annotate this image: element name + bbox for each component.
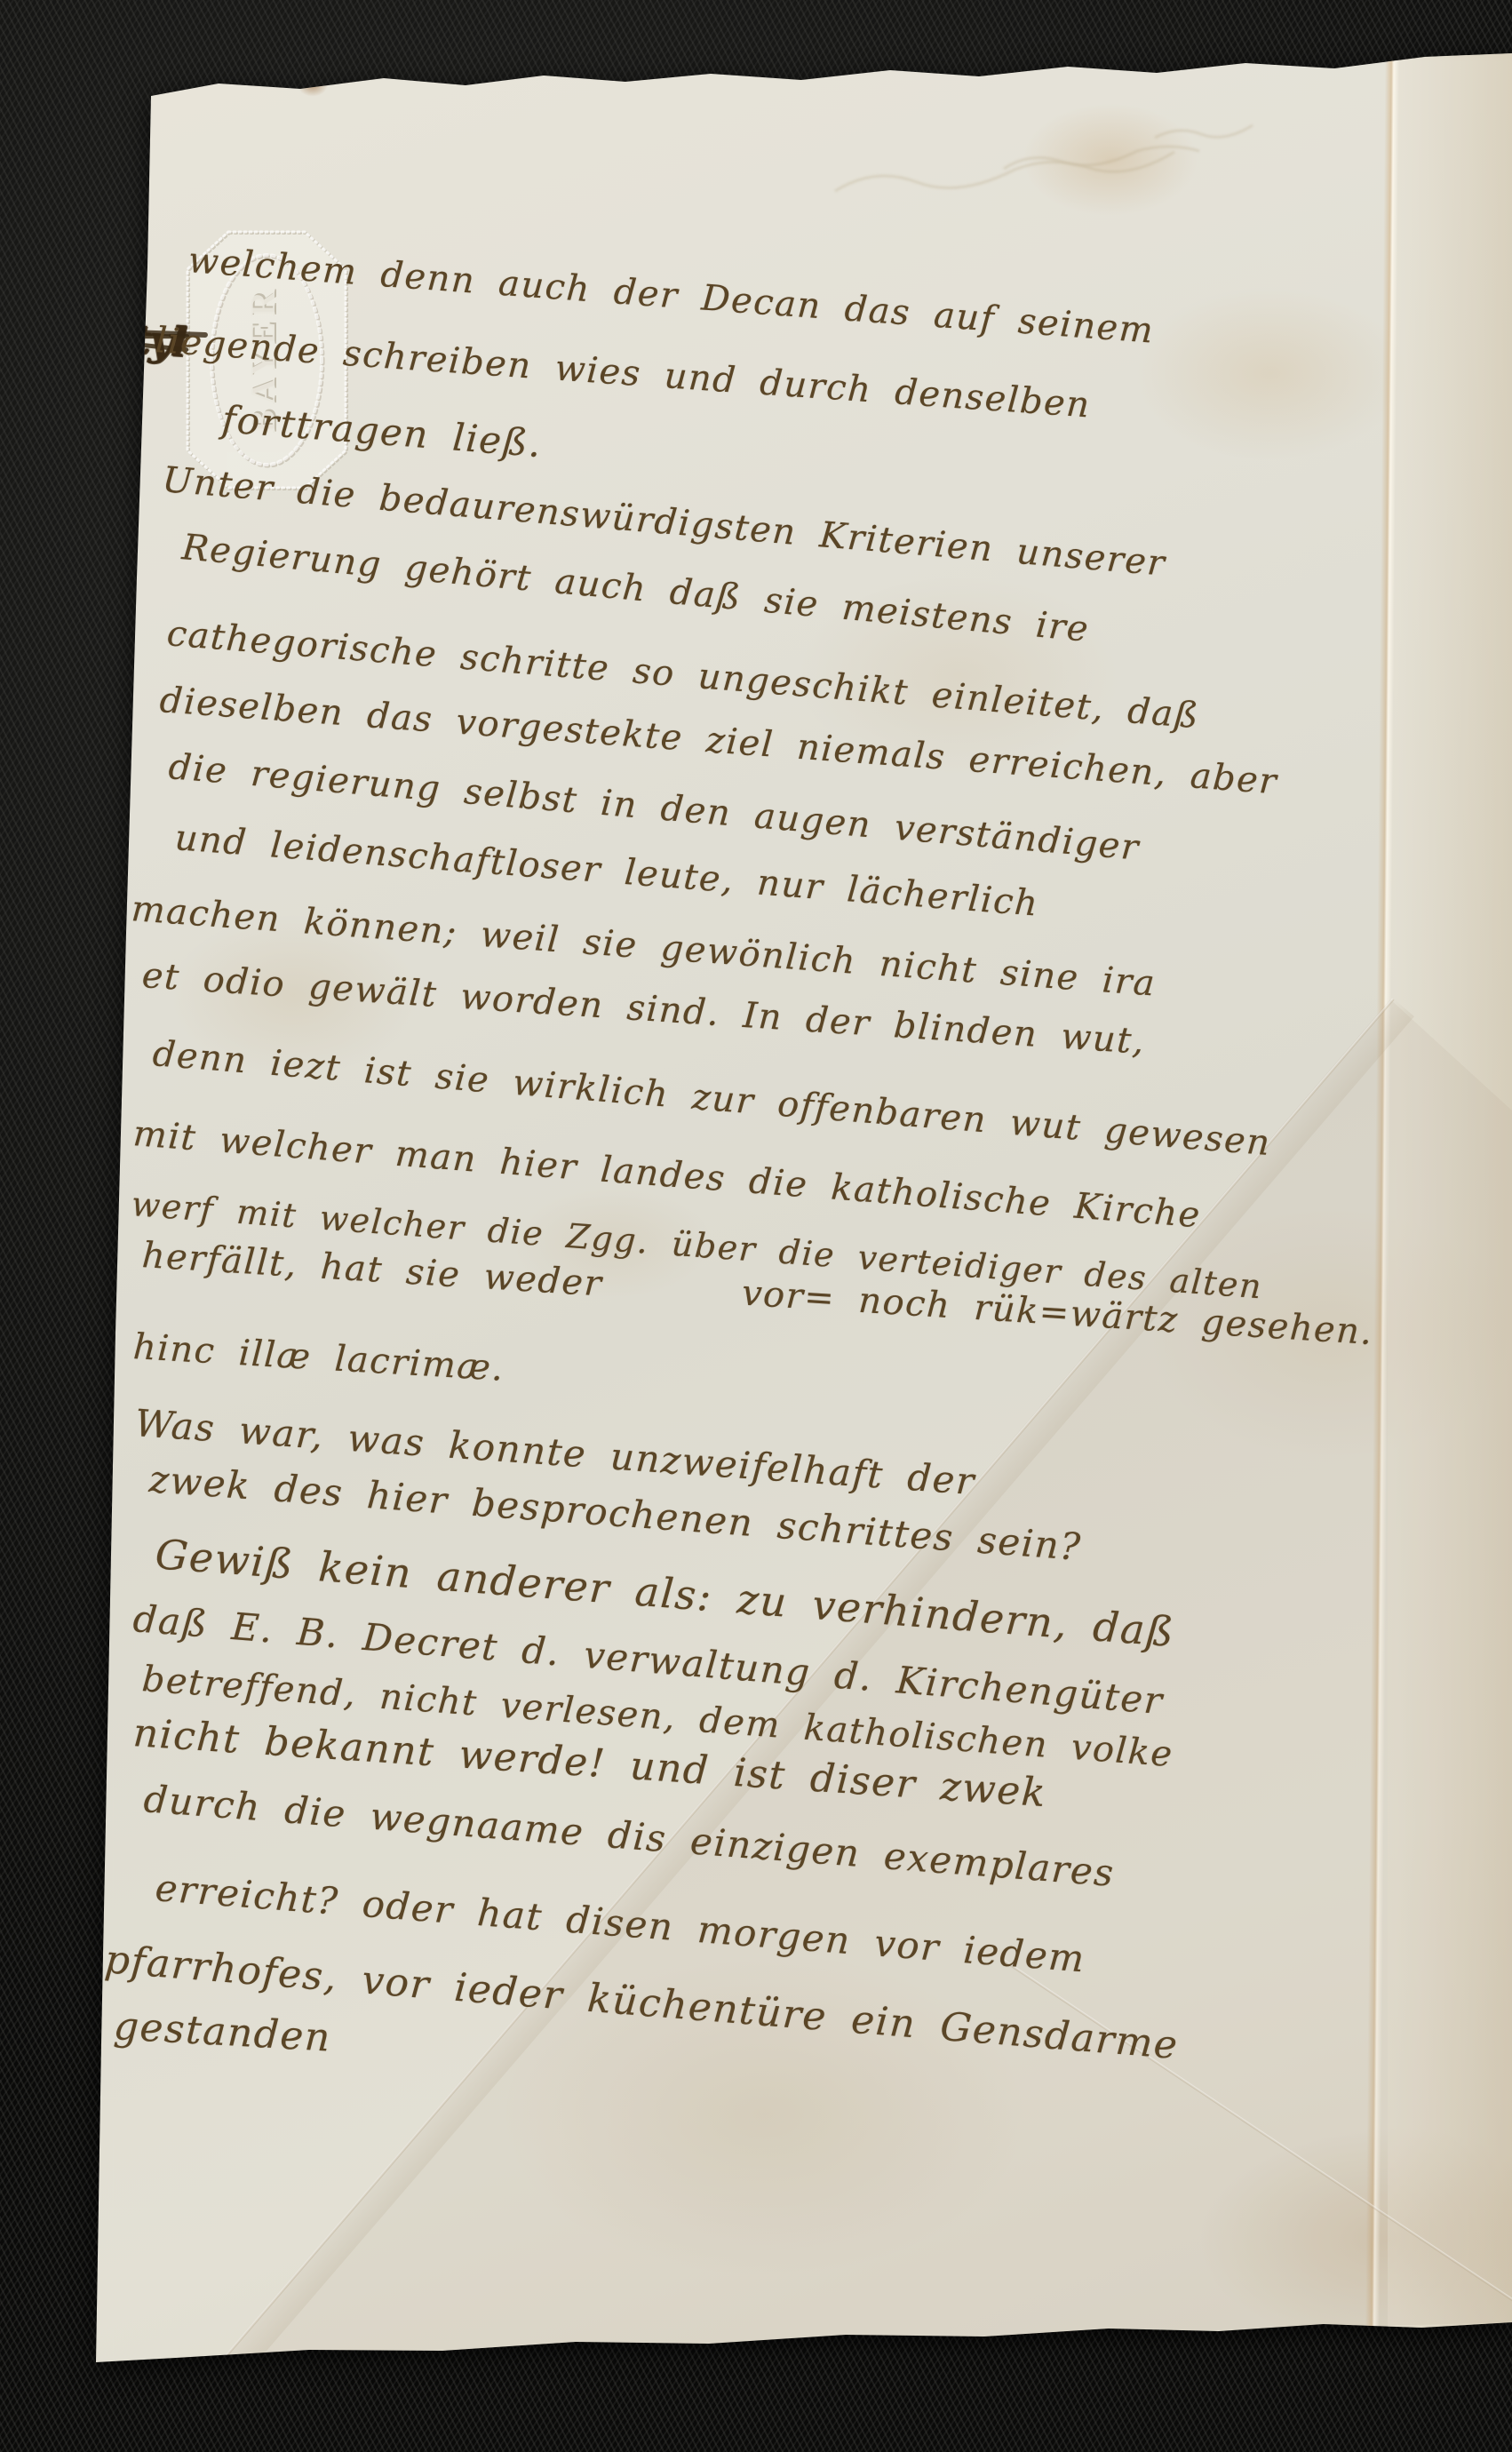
scanned-manuscript-photo: BAYER BAYER Styl welchem denn auch der D… [0,0,1512,2452]
manuscript-page: BAYER BAYER Styl welchem denn auch der D… [0,0,1512,2452]
paper-shadow-wrap: BAYER BAYER Styl welchem denn auch der D… [0,0,1512,2452]
bleed-through-marks [782,84,1333,235]
